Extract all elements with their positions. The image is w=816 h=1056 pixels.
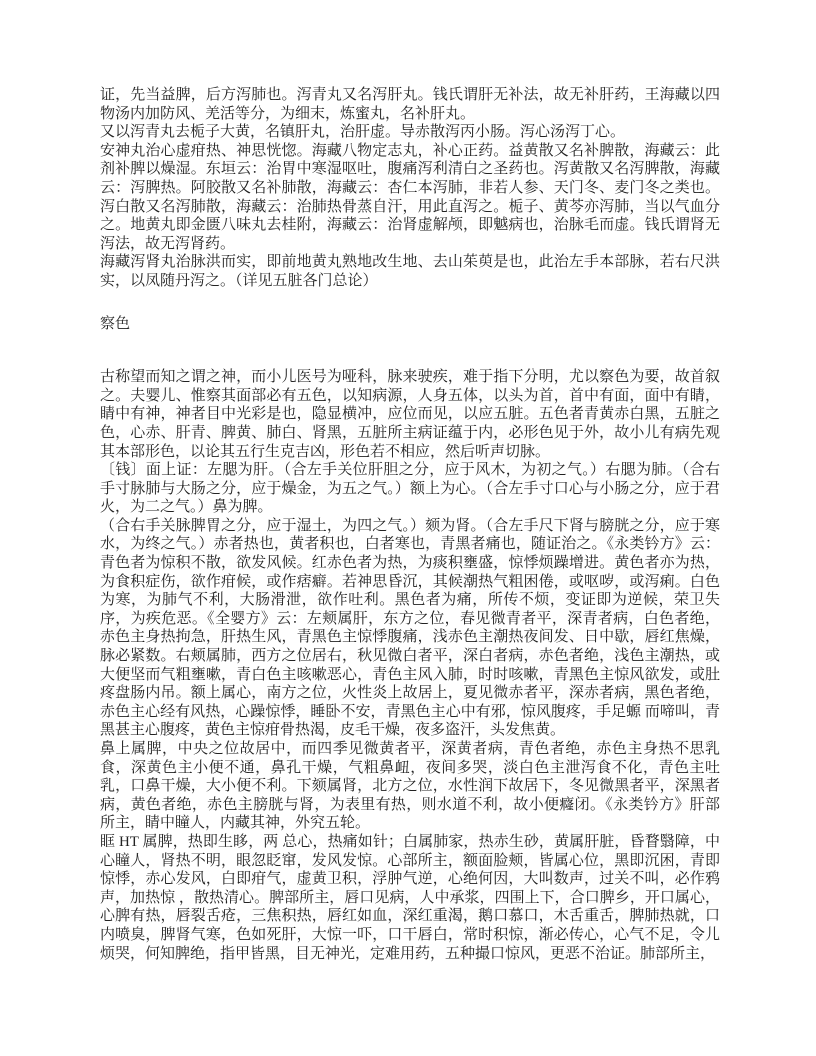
paragraph-haizang-kidney-pill: 海藏泻肾丸治脉洪而实，即前地黄丸熟地改生地、去山茱萸是也，此治左手本部脉，若右尺… (100, 253, 720, 290)
paragraph-eye-organs: 眶 HT 属脾，热即生眵，两 总心，热痛如针；白属肺家，热赤生砂，黄属肝脏，昏瞀… (100, 833, 720, 963)
document-page: 证，先当益脾，后方泻肺也。泻青丸又名泻肝丸。钱氏谓肝无补法，故无补肝药，王海藏以… (0, 0, 816, 1056)
paragraph-liver-spleen-remedies: 证，先当益脾，后方泻肺也。泻青丸又名泻肝丸。钱氏谓肝无补法，故无补肝药，王海藏以… (100, 86, 720, 123)
paragraph-anshen-pill: 安神丸治心虚疳热、神思恍惚。海藏八物定志丸，补心正药。益黄散又名补脾散，海藏云：… (100, 142, 720, 254)
paragraph-qian-face-signs: 〔钱〕面上证：左腮为肝。（合左手关位肝胆之分，应于风木，为初之气。）右腮为肺。（… (100, 461, 720, 517)
paragraph-nose-spleen: 鼻上属脾，中央之位故居中，而四季见微黄者平，深黄者病，青色者绝，赤色主身热不思乳… (100, 740, 720, 833)
paragraph-observation-intro: 古称望而知之谓之神，而小儿医号为哑科，脉来驶疾，难于指下分明，尤以察色为要，故首… (100, 368, 720, 461)
section-heading-chase: 察色 (100, 315, 720, 334)
paragraph-zhengan-pill: 又以泻青丸去栀子大黄，名镇肝丸，治肝虚。导赤散泻丙小肠。泻心汤泻丁心。 (100, 123, 720, 142)
text-column: 证，先当益脾，后方泻肺也。泻青丸又名泻肝丸。钱氏谓肝无补法，故无补肝药，王海藏以… (100, 86, 720, 963)
paragraph-five-colors: （合右手关脉脾胃之分，应于湿土，为四之气。）颏为肾。（合左手尺下肾与膀胱之分，应… (100, 517, 720, 740)
